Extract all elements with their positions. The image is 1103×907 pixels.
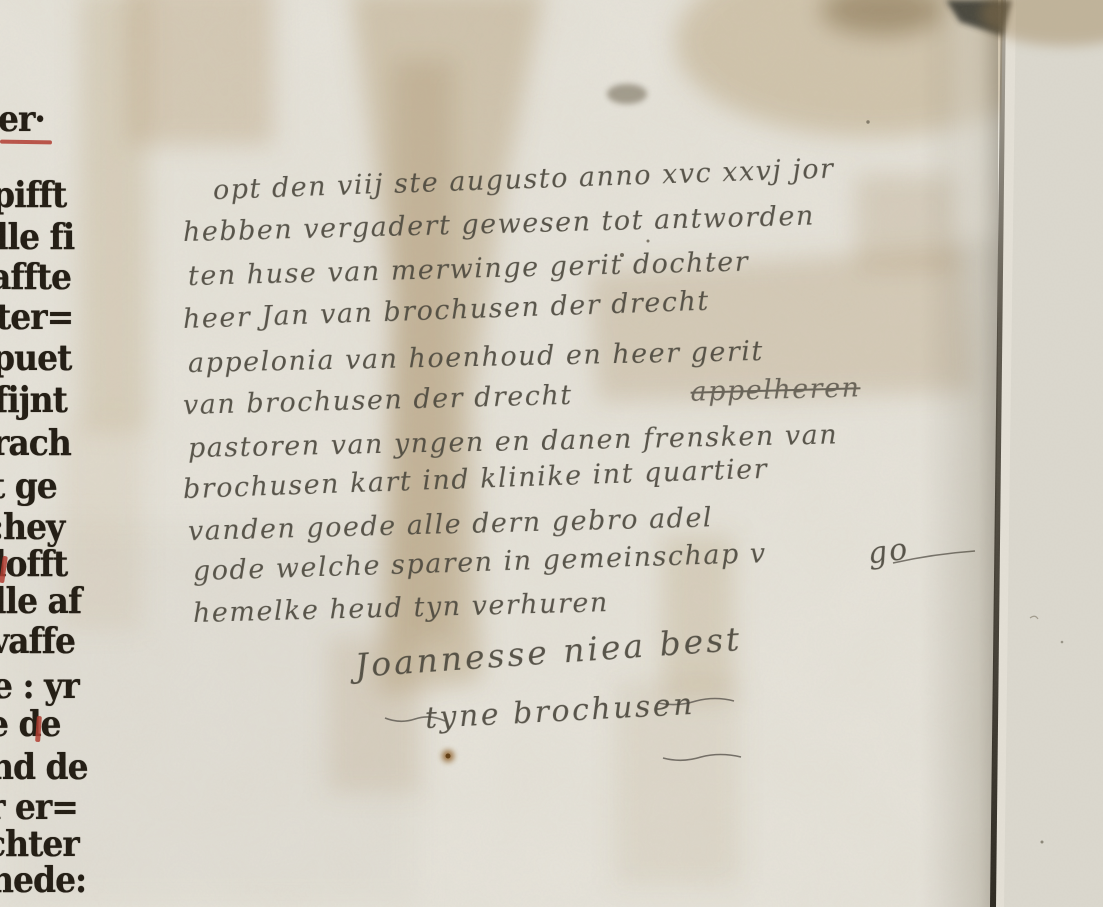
signature-line-2: tyne brochusen xyxy=(424,688,695,735)
open-book-photo: er· pifft lle fi affte ter= puet fijnt r… xyxy=(0,0,1103,907)
struck-through-word: appelheren xyxy=(690,372,861,407)
handwritten-line: appelonia van hoenhoud en heer gerit xyxy=(188,337,764,379)
handwritten-line: van brochusen der drechtappelheren xyxy=(183,373,861,420)
handwritten-line: hebben vergadert gewesen tot antworden xyxy=(183,201,816,247)
handwritten-line: ten huse van merwinge gerit dochter xyxy=(188,247,750,291)
handwritten-line: vanden goede alle dern gebro adel xyxy=(188,503,714,546)
handwritten-line: heer Jan van brochusen der drecht xyxy=(182,287,710,335)
handwritten-line-text: van brochusen der drecht xyxy=(183,380,573,421)
handwritten-line: hemelke heud tyn verhuren xyxy=(193,588,610,629)
handwritten-line: opt den viij ste augusto anno xvc xxvj j… xyxy=(212,154,834,205)
signature-line-1: Joannesse niea best xyxy=(354,621,744,684)
handwritten-note: opt den viij ste augusto anno xvc xxvj j… xyxy=(0,0,1103,907)
pen-flourish: go xyxy=(866,532,911,570)
handwritten-line: gode welche sparen in gemeinschap v xyxy=(193,539,767,587)
